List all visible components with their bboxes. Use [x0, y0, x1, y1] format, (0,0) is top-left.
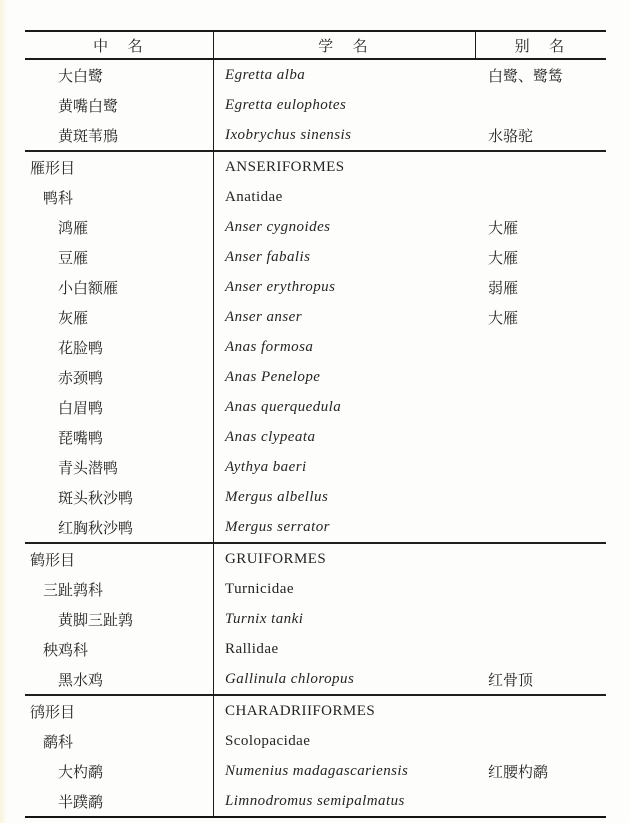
- cell-chinese-name: 赤颈鸭: [25, 367, 213, 388]
- column-divider-2: [475, 30, 476, 58]
- cell-chinese-name: 雁形目: [25, 157, 213, 178]
- cell-scientific-name: Scolopacidae: [213, 733, 475, 750]
- cell-scientific-name: Anser cygnoides: [213, 219, 475, 236]
- table-section: 大白鹭Egretta alba白鹭、鹭鸶黄嘴白鹭Egretta eulophot…: [25, 60, 606, 152]
- cell-chinese-name: 秧鸡科: [25, 639, 213, 660]
- cell-chinese-name: 白眉鸭: [25, 397, 213, 418]
- table-row: 白眉鸭Anas querquedula: [25, 392, 606, 422]
- scanned-page-edge: [0, 0, 7, 823]
- cell-scientific-name: Anser anser: [213, 309, 475, 326]
- table-row: 鸻形目CHARADRIIFORMES: [25, 696, 606, 726]
- table-row: 豆雁Anser fabalis大雁: [25, 242, 606, 272]
- cell-scientific-name: Anas clypeata: [213, 429, 475, 446]
- cell-alias: 弱雁: [475, 277, 606, 298]
- table-row: 赤颈鸭Anas Penelope: [25, 362, 606, 392]
- cell-alias: 大雁: [475, 247, 606, 268]
- cell-chinese-name: 斑头秋沙鸭: [25, 487, 213, 508]
- cell-scientific-name: CHARADRIIFORMES: [213, 703, 475, 720]
- table-row: 三趾鹑科Turnicidae: [25, 574, 606, 604]
- cell-chinese-name: 黄脚三趾鹑: [25, 609, 213, 630]
- table-row: 黄脚三趾鹑Turnix tanki: [25, 604, 606, 634]
- header-alias: 别 名: [475, 35, 606, 56]
- cell-chinese-name: 大白鹭: [25, 65, 213, 86]
- cell-scientific-name: Egretta eulophotes: [213, 97, 475, 114]
- table-row: 大白鹭Egretta alba白鹭、鹭鸶: [25, 60, 606, 90]
- cell-chinese-name: 青头潜鸭: [25, 457, 213, 478]
- cell-scientific-name: Anas Penelope: [213, 369, 475, 386]
- cell-alias: 白鹭、鹭鸶: [475, 65, 606, 86]
- cell-chinese-name: 黄斑苇鳽: [25, 125, 213, 146]
- cell-scientific-name: ANSERIFORMES: [213, 159, 475, 176]
- table-section: 雁形目ANSERIFORMES鸭科Anatidae鸿雁Anser cygnoid…: [25, 152, 606, 544]
- column-divider-1: [213, 30, 214, 816]
- header-scientific-name: 学 名: [213, 35, 475, 56]
- cell-scientific-name: Turnicidae: [213, 581, 475, 598]
- table-header-row: 中 名 学 名 别 名: [25, 30, 606, 60]
- table-row: 斑头秋沙鸭Mergus albellus: [25, 482, 606, 512]
- table-row: 琵嘴鸭Anas clypeata: [25, 422, 606, 452]
- table-row: 黑水鸡Gallinula chloropus红骨顶: [25, 664, 606, 694]
- cell-scientific-name: Numenius madagascariensis: [213, 763, 475, 780]
- cell-chinese-name: 琵嘴鸭: [25, 427, 213, 448]
- table-row: 鹤形目GRUIFORMES: [25, 544, 606, 574]
- cell-chinese-name: 鸿雁: [25, 217, 213, 238]
- table-row: 鸿雁Anser cygnoides大雁: [25, 212, 606, 242]
- table-row: 黄斑苇鳽Ixobrychus sinensis水骆驼: [25, 120, 606, 150]
- table-row: 鹬科Scolopacidae: [25, 726, 606, 756]
- table-section: 鸻形目CHARADRIIFORMES鹬科Scolopacidae大杓鹬Numen…: [25, 696, 606, 818]
- table-section: 鹤形目GRUIFORMES三趾鹑科Turnicidae黄脚三趾鹑Turnix t…: [25, 544, 606, 696]
- cell-scientific-name: Anas querquedula: [213, 399, 475, 416]
- cell-chinese-name: 大杓鹬: [25, 761, 213, 782]
- cell-scientific-name: Anas formosa: [213, 339, 475, 356]
- cell-chinese-name: 三趾鹑科: [25, 579, 213, 600]
- cell-chinese-name: 豆雁: [25, 247, 213, 268]
- table-row: 红胸秋沙鸭Mergus serrator: [25, 512, 606, 542]
- cell-scientific-name: Ixobrychus sinensis: [213, 127, 475, 144]
- cell-alias: 水骆驼: [475, 125, 606, 146]
- cell-scientific-name: Anser fabalis: [213, 249, 475, 266]
- cell-chinese-name: 鹤形目: [25, 549, 213, 570]
- cell-scientific-name: Rallidae: [213, 641, 475, 658]
- table-row: 小白额雁Anser erythropus弱雁: [25, 272, 606, 302]
- cell-scientific-name: Gallinula chloropus: [213, 671, 475, 688]
- table-row: 秧鸡科Rallidae: [25, 634, 606, 664]
- cell-chinese-name: 半蹼鹬: [25, 791, 213, 812]
- cell-chinese-name: 黄嘴白鹭: [25, 95, 213, 116]
- cell-scientific-name: Anatidae: [213, 189, 475, 206]
- cell-scientific-name: Limnodromus semipalmatus: [213, 793, 475, 810]
- cell-scientific-name: Turnix tanki: [213, 611, 475, 628]
- cell-chinese-name: 灰雁: [25, 307, 213, 328]
- cell-chinese-name: 红胸秋沙鸭: [25, 517, 213, 538]
- cell-scientific-name: Mergus albellus: [213, 489, 475, 506]
- table-row: 大杓鹬Numenius madagascariensis红腰杓鹬: [25, 756, 606, 786]
- table-row: 灰雁Anser anser大雁: [25, 302, 606, 332]
- table-row: 黄嘴白鹭Egretta eulophotes: [25, 90, 606, 120]
- species-table: 中 名 学 名 别 名 大白鹭Egretta alba白鹭、鹭鸶黄嘴白鹭Egre…: [25, 30, 606, 818]
- cell-scientific-name: GRUIFORMES: [213, 551, 475, 568]
- cell-chinese-name: 黑水鸡: [25, 669, 213, 690]
- cell-alias: 大雁: [475, 307, 606, 328]
- cell-chinese-name: 鸭科: [25, 187, 213, 208]
- table-row: 青头潜鸭Aythya baeri: [25, 452, 606, 482]
- cell-alias: 红骨顶: [475, 669, 606, 690]
- cell-scientific-name: Aythya baeri: [213, 459, 475, 476]
- cell-scientific-name: Egretta alba: [213, 67, 475, 84]
- table-row: 鸭科Anatidae: [25, 182, 606, 212]
- cell-alias: 红腰杓鹬: [475, 761, 606, 782]
- table-row: 花脸鸭Anas formosa: [25, 332, 606, 362]
- table-row: 半蹼鹬Limnodromus semipalmatus: [25, 786, 606, 816]
- cell-chinese-name: 花脸鸭: [25, 337, 213, 358]
- cell-alias: 大雁: [475, 217, 606, 238]
- table-row: 雁形目ANSERIFORMES: [25, 152, 606, 182]
- cell-scientific-name: Mergus serrator: [213, 519, 475, 536]
- header-chinese-name: 中 名: [25, 35, 213, 56]
- cell-scientific-name: Anser erythropus: [213, 279, 475, 296]
- cell-chinese-name: 鹬科: [25, 731, 213, 752]
- cell-chinese-name: 鸻形目: [25, 701, 213, 722]
- table-body: 大白鹭Egretta alba白鹭、鹭鸶黄嘴白鹭Egretta eulophot…: [25, 60, 606, 818]
- cell-chinese-name: 小白额雁: [25, 277, 213, 298]
